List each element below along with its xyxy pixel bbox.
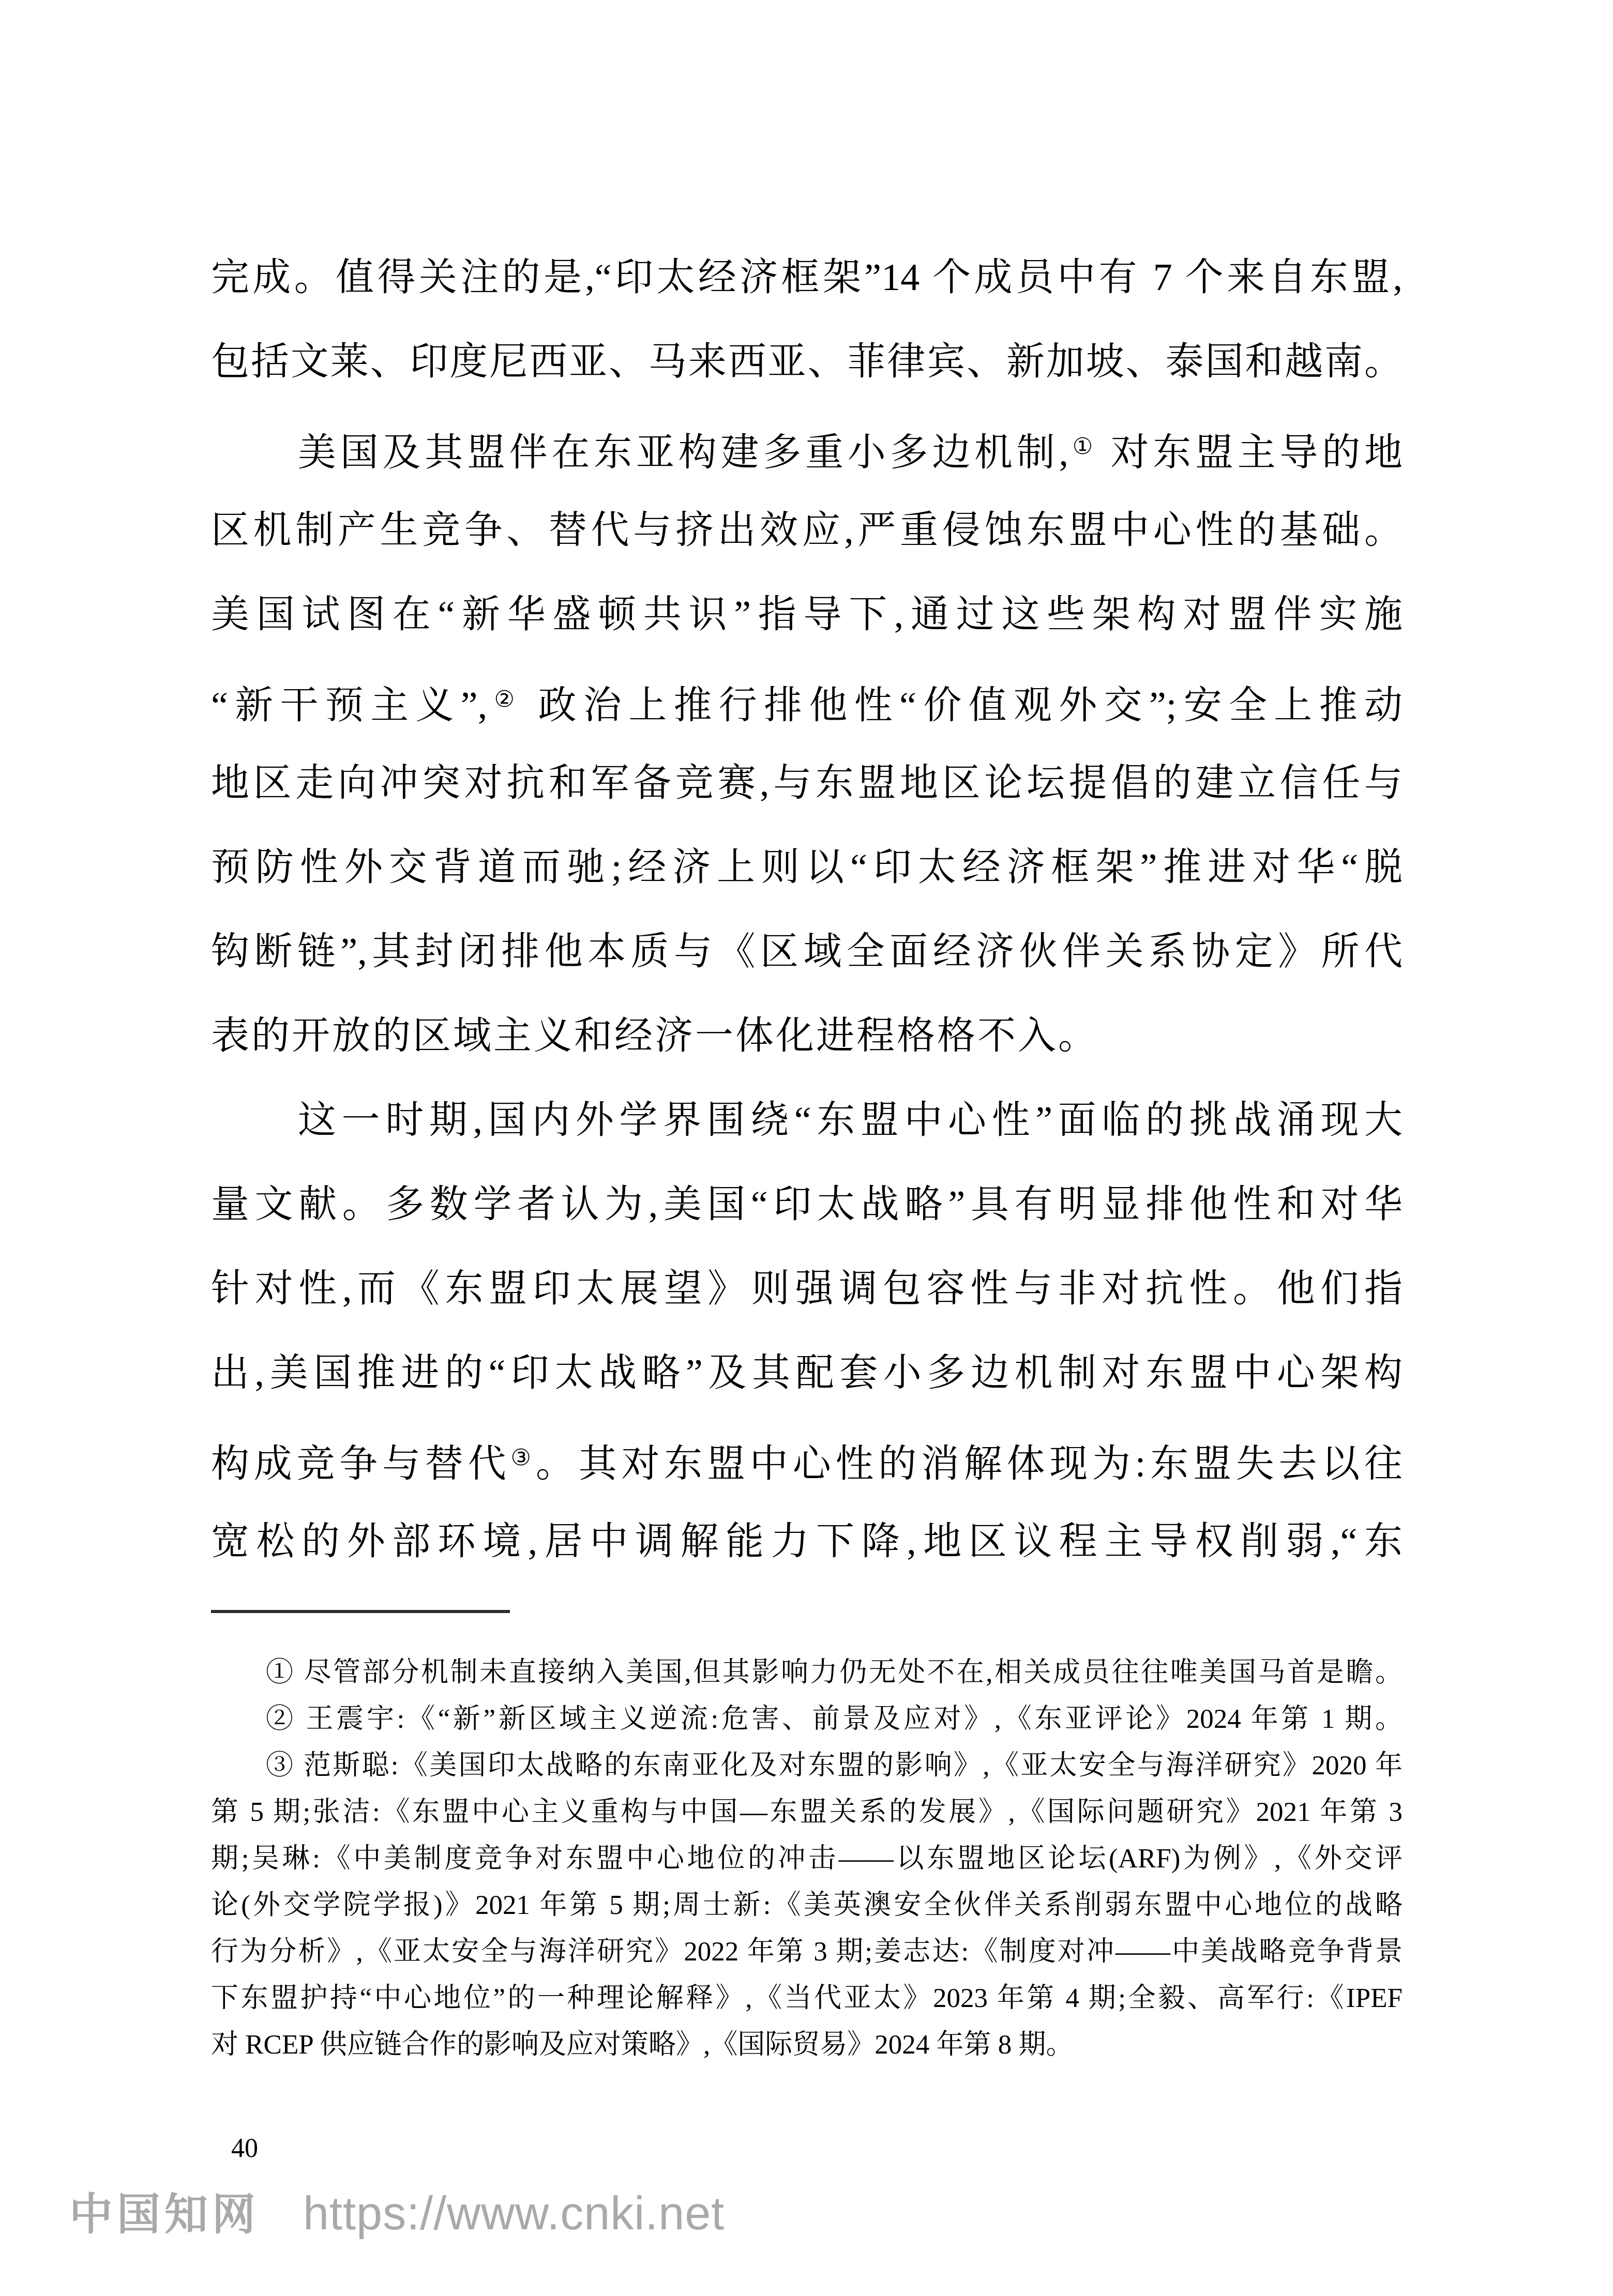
- footnote-line: ③ 范斯聪:《美国印太战略的东南亚化及对东盟的影响》,《亚太安全与海洋研究》20…: [211, 1742, 1403, 1789]
- footnote-reference-mark: ①: [1068, 433, 1097, 459]
- body-line: 出,美国推进的“印太战略”及其配套小多边机制对东盟中心架构: [211, 1331, 1403, 1416]
- line-text: 论(外交学院学报)》2021 年第 5 期;周士新:《美英澳安全伙伴关系削弱东盟…: [211, 1890, 1403, 1920]
- footnote-line: ① 尽管部分机制未直接纳入美国,但其影响力仍无处不在,相关成员往往唯美国马首是瞻…: [211, 1649, 1403, 1696]
- line-text: 表的开放的区域主义和经济一体化进程格格不入。: [211, 1015, 1098, 1057]
- line-text: ③ 范斯聪:《美国印太战略的东南亚化及对东盟的影响》,《亚太安全与海洋研究》20…: [266, 1751, 1403, 1781]
- line-text: 对东盟主导的地: [1097, 432, 1403, 474]
- footnote-line: 论(外交学院学报)》2021 年第 5 期;周士新:《美英澳安全伙伴关系削弱东盟…: [211, 1882, 1403, 1928]
- body-line: 钩断链”,其封闭排他本质与《区域全面经济伙伴关系协定》所代: [211, 910, 1403, 994]
- body-line: 宽松的外部环境,居中调解能力下降,地区议程主导权削弱,“东: [211, 1500, 1403, 1584]
- footnote-line: 第 5 期;张洁:《东盟中心主义重构与中国—东盟关系的发展》,《国际问题研究》2…: [211, 1789, 1403, 1835]
- body-line: 构成竞争与替代③。其对东盟中心性的消解体现为:东盟失去以往: [211, 1416, 1403, 1500]
- line-text: 钩断链”,其封闭排他本质与《区域全面经济伙伴关系协定》所代: [211, 931, 1403, 973]
- body-line: 区机制产生竞争、替代与挤出效应,严重侵蚀东盟中心性的基础。: [211, 489, 1403, 573]
- line-text: 第 5 期;张洁:《东盟中心主义重构与中国—东盟关系的发展》,《国际问题研究》2…: [211, 1797, 1403, 1827]
- footnote-reference-mark: ③: [510, 1444, 536, 1470]
- line-text: 针对性,而《东盟印太展望》则强调包容性与非对抗性。他们指: [211, 1268, 1403, 1310]
- line-text: 包括文莱、印度尼西亚、马来西亚、菲律宾、新加坡、泰国和越南。: [211, 341, 1403, 383]
- footnote-line: 期;吴琳:《中美制度竞争对东盟中心地位的冲击——以东盟地区论坛(ARF)为例》,…: [211, 1835, 1403, 1882]
- line-text: 期;吴琳:《中美制度竞争对东盟中心地位的冲击——以东盟地区论坛(ARF)为例》,…: [211, 1844, 1403, 1874]
- line-text: 这一时期,国内外学界围绕“东盟中心性”面临的挑战涌现大: [298, 1099, 1403, 1142]
- body-line: 预防性外交背道而驰;经济上则以“印太经济框架”推进对华“脱: [211, 826, 1403, 910]
- body-text-block: 完成。值得关注的是,“印太经济框架”14 个成员中有 7 个来自东盟,包括文莱、…: [211, 236, 1403, 1584]
- cnki-url: https://www.cnki.net: [303, 2187, 725, 2241]
- body-line: 美国及其盟伴在东亚构建多重小多边机制,① 对东盟主导的地: [211, 404, 1403, 489]
- body-line: 美国试图在“新华盛顿共识”指导下,通过这些架构对盟伴实施: [211, 573, 1403, 657]
- footnote-line: 下东盟护持“中心地位”的一种理论解释》,《当代亚太》2023 年第 4 期;全毅…: [211, 1975, 1403, 2021]
- footnote-line: 对 RCEP 供应链合作的影响及应对策略》,《国际贸易》2024 年第 8 期。: [211, 2021, 1403, 2068]
- line-text: 政治上推行排他性“价值观外交”;安全上推动: [522, 685, 1403, 727]
- footnote-separator: [211, 1610, 510, 1613]
- page-number: 40: [231, 2133, 258, 2164]
- footnotes-block: ① 尽管部分机制未直接纳入美国,但其影响力仍无处不在,相关成员往往唯美国马首是瞻…: [211, 1649, 1403, 2068]
- body-line: 针对性,而《东盟印太展望》则强调包容性与非对抗性。他们指: [211, 1247, 1403, 1331]
- line-text: ② 王震宇:《“新”新区域主义逆流:危害、前景及应对》,《东亚评论》2024 年…: [266, 1704, 1403, 1734]
- line-text: 。其对东盟中心性的消解体现为:东盟失去以往: [536, 1443, 1403, 1485]
- line-text: 下东盟护持“中心地位”的一种理论解释》,《当代亚太》2023 年第 4 期;全毅…: [211, 1983, 1403, 2013]
- line-text: 地区走向冲突对抗和军备竞赛,与东盟地区论坛提倡的建立信任与: [211, 762, 1403, 804]
- cnki-watermark: 中国知网 https://www.cnki.net: [69, 2180, 725, 2242]
- line-text: 美国试图在“新华盛顿共识”指导下,通过这些架构对盟伴实施: [211, 594, 1403, 636]
- body-line: 这一时期,国内外学界围绕“东盟中心性”面临的挑战涌现大: [211, 1078, 1403, 1163]
- body-line: 表的开放的区域主义和经济一体化进程格格不入。: [211, 994, 1403, 1078]
- line-text: 构成竞争与替代: [211, 1443, 510, 1485]
- line-text: 行为分析》,《亚太安全与海洋研究》2022 年第 3 期;姜志达:《制度对冲——…: [211, 1937, 1403, 1967]
- line-text: ① 尽管部分机制未直接纳入美国,但其影响力仍无处不在,相关成员往往唯美国马首是瞻…: [266, 1658, 1403, 1687]
- body-line: 地区走向冲突对抗和军备竞赛,与东盟地区论坛提倡的建立信任与: [211, 741, 1403, 826]
- cnki-logo-text: 中国知网: [69, 2180, 260, 2242]
- line-text: 量文献。多数学者认为,美国“印太战略”具有明显排他性和对华: [211, 1183, 1403, 1226]
- line-text: “新干预主义”,: [211, 685, 487, 727]
- line-text: 区机制产生竞争、替代与挤出效应,严重侵蚀东盟中心性的基础。: [211, 509, 1403, 552]
- footnote-line: 行为分析》,《亚太安全与海洋研究》2022 年第 3 期;姜志达:《制度对冲——…: [211, 1928, 1403, 1975]
- line-text: 对 RCEP 供应链合作的影响及应对策略》,《国际贸易》2024 年第 8 期。: [211, 2030, 1074, 2060]
- footnote-reference-mark: ②: [487, 686, 521, 712]
- body-line: “新干预主义”,② 政治上推行排他性“价值观外交”;安全上推动: [211, 657, 1403, 741]
- document-page: 完成。值得关注的是,“印太经济框架”14 个成员中有 7 个来自东盟,包括文莱、…: [0, 0, 1613, 2296]
- line-text: 完成。值得关注的是,“印太经济框架”14 个成员中有 7 个来自东盟,: [211, 256, 1403, 299]
- footnote-line: ② 王震宇:《“新”新区域主义逆流:危害、前景及应对》,《东亚评论》2024 年…: [211, 1696, 1403, 1742]
- body-line: 量文献。多数学者认为,美国“印太战略”具有明显排他性和对华: [211, 1163, 1403, 1247]
- line-text: 宽松的外部环境,居中调解能力下降,地区议程主导权削弱,“东: [211, 1520, 1403, 1563]
- body-line: 完成。值得关注的是,“印太经济框架”14 个成员中有 7 个来自东盟,: [211, 236, 1403, 320]
- body-line: 包括文莱、印度尼西亚、马来西亚、菲律宾、新加坡、泰国和越南。: [211, 320, 1403, 404]
- line-text: 预防性外交背道而驰;经济上则以“印太经济框架”推进对华“脱: [211, 846, 1403, 889]
- line-text: 出,美国推进的“印太战略”及其配套小多边机制对东盟中心架构: [211, 1352, 1403, 1394]
- line-text: 美国及其盟伴在东亚构建多重小多边机制,: [298, 432, 1068, 474]
